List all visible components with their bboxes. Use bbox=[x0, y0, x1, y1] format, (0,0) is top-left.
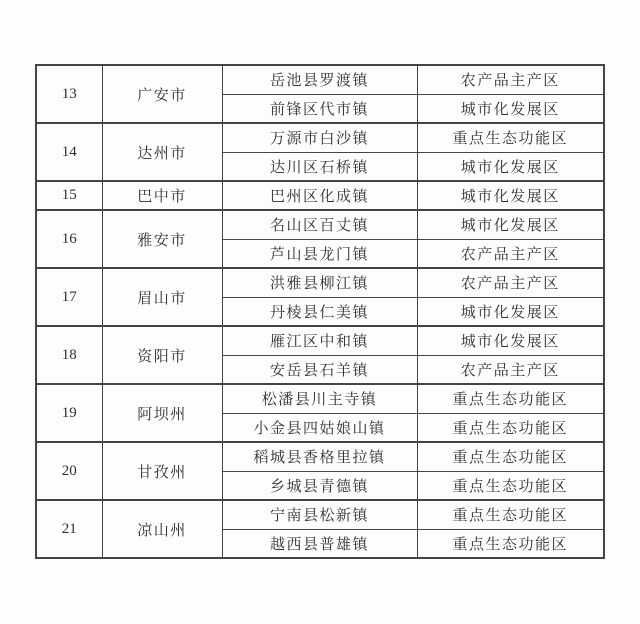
town-cell: 芦山县龙门镇 bbox=[222, 239, 417, 268]
town-cell: 小金县四姑娘山镇 bbox=[222, 413, 417, 442]
row-number-cell: 18 bbox=[36, 326, 102, 384]
row-number-cell: 21 bbox=[36, 500, 102, 558]
city-cell: 达州市 bbox=[102, 123, 222, 181]
zone-cell: 农产品主产区 bbox=[417, 65, 604, 94]
row-number-cell: 14 bbox=[36, 123, 102, 181]
town-cell: 雁江区中和镇 bbox=[222, 326, 417, 355]
zone-cell: 重点生态功能区 bbox=[417, 500, 604, 529]
city-cell: 眉山市 bbox=[102, 268, 222, 326]
row-number-cell: 19 bbox=[36, 384, 102, 442]
table-row: 15巴中市巴州区化成镇城市化发展区 bbox=[36, 181, 604, 210]
town-cell: 丹棱县仁美镇 bbox=[222, 297, 417, 326]
zone-cell: 农产品主产区 bbox=[417, 239, 604, 268]
town-cell: 乡城县青德镇 bbox=[222, 471, 417, 500]
zone-table: 13广安市岳池县罗渡镇农产品主产区前锋区代市镇城市化发展区14达州市万源市白沙镇… bbox=[35, 64, 605, 559]
zone-cell: 城市化发展区 bbox=[417, 94, 604, 123]
city-cell: 资阳市 bbox=[102, 326, 222, 384]
document-page: 13广安市岳池县罗渡镇农产品主产区前锋区代市镇城市化发展区14达州市万源市白沙镇… bbox=[0, 0, 640, 624]
table-row: 21凉山州宁南县松新镇重点生态功能区 bbox=[36, 500, 604, 529]
zone-cell: 重点生态功能区 bbox=[417, 442, 604, 471]
row-number-cell: 15 bbox=[36, 181, 102, 210]
town-cell: 越西县普雄镇 bbox=[222, 529, 417, 558]
town-cell: 安岳县石羊镇 bbox=[222, 355, 417, 384]
zone-cell: 重点生态功能区 bbox=[417, 384, 604, 413]
city-cell: 雅安市 bbox=[102, 210, 222, 268]
table-row: 17眉山市洪雅县柳江镇农产品主产区 bbox=[36, 268, 604, 297]
zone-cell: 农产品主产区 bbox=[417, 355, 604, 384]
city-cell: 甘孜州 bbox=[102, 442, 222, 500]
zone-cell: 重点生态功能区 bbox=[417, 123, 604, 152]
town-cell: 洪雅县柳江镇 bbox=[222, 268, 417, 297]
zone-cell: 农产品主产区 bbox=[417, 268, 604, 297]
city-cell: 巴中市 bbox=[102, 181, 222, 210]
row-number-cell: 17 bbox=[36, 268, 102, 326]
zone-cell: 城市化发展区 bbox=[417, 297, 604, 326]
city-cell: 阿坝州 bbox=[102, 384, 222, 442]
table-row: 14达州市万源市白沙镇重点生态功能区 bbox=[36, 123, 604, 152]
zone-cell: 重点生态功能区 bbox=[417, 529, 604, 558]
town-cell: 稻城县香格里拉镇 bbox=[222, 442, 417, 471]
town-cell: 松潘县川主寺镇 bbox=[222, 384, 417, 413]
table-row: 13广安市岳池县罗渡镇农产品主产区 bbox=[36, 65, 604, 94]
table-row: 19阿坝州松潘县川主寺镇重点生态功能区 bbox=[36, 384, 604, 413]
row-number-cell: 20 bbox=[36, 442, 102, 500]
town-cell: 名山区百丈镇 bbox=[222, 210, 417, 239]
row-number-cell: 16 bbox=[36, 210, 102, 268]
town-cell: 巴州区化成镇 bbox=[222, 181, 417, 210]
zone-cell: 城市化发展区 bbox=[417, 210, 604, 239]
zone-cell: 城市化发展区 bbox=[417, 152, 604, 181]
row-number-cell: 13 bbox=[36, 65, 102, 123]
zone-cell: 城市化发展区 bbox=[417, 181, 604, 210]
town-cell: 前锋区代市镇 bbox=[222, 94, 417, 123]
table-row: 18资阳市雁江区中和镇城市化发展区 bbox=[36, 326, 604, 355]
city-cell: 广安市 bbox=[102, 65, 222, 123]
zone-cell: 重点生态功能区 bbox=[417, 471, 604, 500]
town-cell: 宁南县松新镇 bbox=[222, 500, 417, 529]
table-row: 20甘孜州稻城县香格里拉镇重点生态功能区 bbox=[36, 442, 604, 471]
zone-cell: 重点生态功能区 bbox=[417, 413, 604, 442]
town-cell: 达川区石桥镇 bbox=[222, 152, 417, 181]
town-cell: 岳池县罗渡镇 bbox=[222, 65, 417, 94]
table-row: 16雅安市名山区百丈镇城市化发展区 bbox=[36, 210, 604, 239]
city-cell: 凉山州 bbox=[102, 500, 222, 558]
town-cell: 万源市白沙镇 bbox=[222, 123, 417, 152]
zone-cell: 城市化发展区 bbox=[417, 326, 604, 355]
